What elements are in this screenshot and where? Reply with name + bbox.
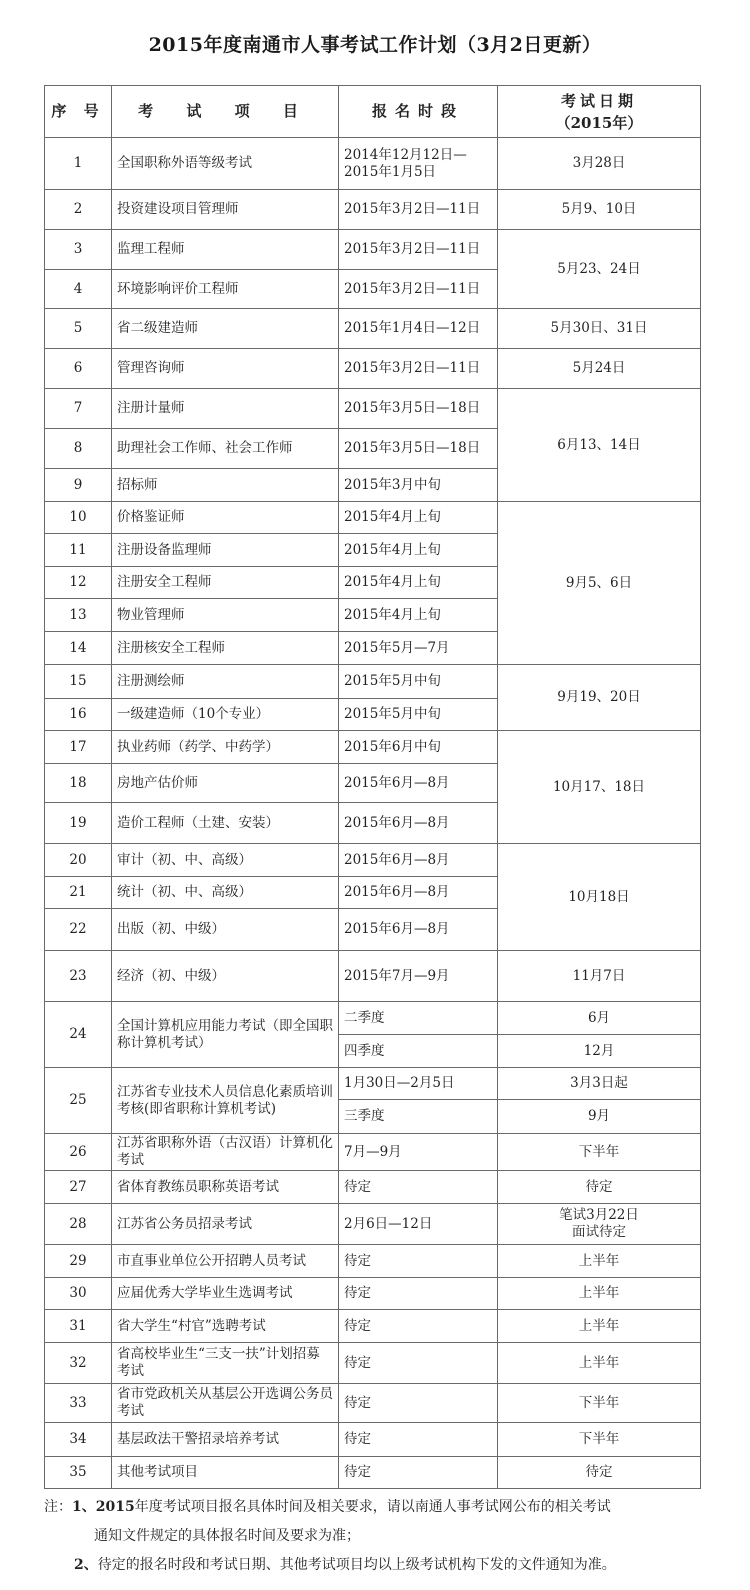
- table-row: 33 省市党政机关从基层公开选调公务员考试 待定 下半年: [45, 1384, 701, 1423]
- row-item: 全国计算机应用能力考试（即全国职称计算机考试）: [112, 1002, 339, 1068]
- row-signup: 待定: [339, 1343, 498, 1384]
- row-signup: 2015年6月—8月: [339, 844, 498, 877]
- table-row: 10 价格鉴证师 2015年4月上旬 9月5、6日: [45, 502, 701, 534]
- row-no: 18: [45, 764, 112, 803]
- row-item: 执业药师（药学、中药学）: [112, 731, 339, 764]
- row-no: 22: [45, 909, 112, 951]
- row-item: 招标师: [112, 469, 339, 502]
- row-date: 11月7日: [498, 951, 701, 1002]
- row-no: 32: [45, 1343, 112, 1384]
- row-signup: 2015年6月—8月: [339, 764, 498, 803]
- row-date: 待定: [498, 1457, 701, 1489]
- table-row: 6 管理咨询师 2015年3月2日—11日 5月24日: [45, 349, 701, 389]
- row-signup: 待定: [339, 1423, 498, 1457]
- row-date-merged: 9月5、6日: [498, 502, 701, 665]
- row-no: 10: [45, 502, 112, 534]
- row-item: 注册核安全工程师: [112, 632, 339, 665]
- row-item: 物业管理师: [112, 599, 339, 632]
- note-1-number: 1、: [72, 1499, 96, 1515]
- row-signup: 待定: [339, 1310, 498, 1343]
- row-signup: 2015年6月中旬: [339, 731, 498, 764]
- row-item: 注册设备监理师: [112, 534, 339, 567]
- row-no: 13: [45, 599, 112, 632]
- row-no: 34: [45, 1423, 112, 1457]
- row-signup: 2015年6月—8月: [339, 877, 498, 909]
- table-row: 23 经济（初、中级） 2015年7月—9月 11月7日: [45, 951, 701, 1002]
- row-date-merged: 10月17、18日: [498, 731, 701, 844]
- row-item: 造价工程师（土建、安装）: [112, 803, 339, 844]
- row-date: 笔试3月22日面试待定: [498, 1204, 701, 1245]
- table-row: 20 审计（初、中、高级） 2015年6月—8月 10月18日: [45, 844, 701, 877]
- row-item: 江苏省职称外语（古汉语）计算机化考试: [112, 1134, 339, 1171]
- row-signup: 待定: [339, 1278, 498, 1310]
- footnotes: 注：1、2015年度考试项目报名具体时间及相关要求，请以南通人事考试网公布的相关…: [44, 1493, 724, 1580]
- row-no: 6: [45, 349, 112, 389]
- note-prefix: 注：: [44, 1499, 72, 1515]
- row-date: 6月: [498, 1002, 701, 1035]
- row-signup: 2014年12月12日—2015年1月5日: [339, 138, 498, 190]
- row-date-line1: 笔试3月22日: [503, 1207, 695, 1224]
- table-row: 34 基层政法干警招录培养考试 待定 下半年: [45, 1423, 701, 1457]
- row-date-merged: 6月13、14日: [498, 389, 701, 502]
- header-signup: 报名时段: [339, 86, 498, 138]
- row-no: 29: [45, 1245, 112, 1278]
- row-no: 4: [45, 270, 112, 309]
- row-item: 环境影响评价工程师: [112, 270, 339, 309]
- row-signup: 2月6日—12日: [339, 1204, 498, 1245]
- row-item: 审计（初、中、高级）: [112, 844, 339, 877]
- row-item: 注册测绘师: [112, 665, 339, 699]
- row-date: 3月3日起: [498, 1068, 701, 1100]
- note-1: 注：1、2015年度考试项目报名具体时间及相关要求，请以南通人事考试网公布的相关…: [44, 1493, 724, 1522]
- table-row: 27 省体育教练员职称英语考试 待定 待定: [45, 1171, 701, 1204]
- row-date: 5月9、10日: [498, 190, 701, 230]
- exam-plan-table: 序 号 考 试 项 目 报名时段 考试日期（2015年） 1 全国职称外语等级考…: [44, 85, 701, 1489]
- row-no: 21: [45, 877, 112, 909]
- header-exam-date-line2: （2015年）: [503, 112, 695, 134]
- row-item: 江苏省公务员招录考试: [112, 1204, 339, 1245]
- row-no: 5: [45, 309, 112, 349]
- row-no: 31: [45, 1310, 112, 1343]
- row-item: 省市党政机关从基层公开选调公务员考试: [112, 1384, 339, 1423]
- table-row: 26 江苏省职称外语（古汉语）计算机化考试 7月—9月 下半年: [45, 1134, 701, 1171]
- row-date: 下半年: [498, 1384, 701, 1423]
- row-date: 12月: [498, 1035, 701, 1068]
- row-signup: 7月—9月: [339, 1134, 498, 1171]
- table-row: 29 市直事业单位公开招聘人员考试 待定 上半年: [45, 1245, 701, 1278]
- table-row: 31 省大学生“村官”选聘考试 待定 上半年: [45, 1310, 701, 1343]
- row-date: 3月28日: [498, 138, 701, 190]
- row-date: 下半年: [498, 1134, 701, 1171]
- row-date-merged: 9月19、20日: [498, 665, 701, 731]
- row-signup: 2015年6月—8月: [339, 909, 498, 951]
- row-no: 25: [45, 1068, 112, 1134]
- row-date: 上半年: [498, 1343, 701, 1384]
- row-item: 价格鉴证师: [112, 502, 339, 534]
- row-date: 上半年: [498, 1310, 701, 1343]
- row-date-line2: 面试待定: [503, 1224, 695, 1241]
- row-signup: 2015年5月中旬: [339, 665, 498, 699]
- table-row: 2 投资建设项目管理师 2015年3月2日—11日 5月9、10日: [45, 190, 701, 230]
- row-signup: 2015年3月中旬: [339, 469, 498, 502]
- table-header-row: 序 号 考 试 项 目 报名时段 考试日期（2015年）: [45, 86, 701, 138]
- row-item: 注册计量师: [112, 389, 339, 429]
- row-item: 注册安全工程师: [112, 567, 339, 599]
- row-date: 5月24日: [498, 349, 701, 389]
- row-item: 统计（初、中、高级）: [112, 877, 339, 909]
- row-signup: 2015年6月—8月: [339, 803, 498, 844]
- table-row: 15 注册测绘师 2015年5月中旬 9月19、20日: [45, 665, 701, 699]
- note-2-number: 2、: [74, 1557, 98, 1573]
- row-signup: 2015年3月2日—11日: [339, 270, 498, 309]
- row-date: 待定: [498, 1171, 701, 1204]
- row-no: 1: [45, 138, 112, 190]
- row-signup: 2015年4月上旬: [339, 599, 498, 632]
- row-date-merged: 10月18日: [498, 844, 701, 951]
- row-no: 15: [45, 665, 112, 699]
- table-row: 5 省二级建造师 2015年1月4日—12日 5月30日、31日: [45, 309, 701, 349]
- row-signup: 2015年4月上旬: [339, 567, 498, 599]
- row-signup: 2015年3月2日—11日: [339, 190, 498, 230]
- row-item: 管理咨询师: [112, 349, 339, 389]
- table-row: 17 执业药师（药学、中药学） 2015年6月中旬 10月17、18日: [45, 731, 701, 764]
- table-row: 1 全国职称外语等级考试 2014年12月12日—2015年1月5日 3月28日: [45, 138, 701, 190]
- row-no: 8: [45, 429, 112, 469]
- header-exam-date: 考试日期（2015年）: [498, 86, 701, 138]
- row-signup: 2015年5月—7月: [339, 632, 498, 665]
- table-row: 32 省高校毕业生“三支一扶”计划招募考试 待定 上半年: [45, 1343, 701, 1384]
- row-signup: 2015年4月上旬: [339, 502, 498, 534]
- row-no: 27: [45, 1171, 112, 1204]
- row-no: 3: [45, 230, 112, 270]
- row-no: 14: [45, 632, 112, 665]
- row-no: 9: [45, 469, 112, 502]
- table-row: 7 注册计量师 2015年3月5日—18日 6月13、14日: [45, 389, 701, 429]
- row-signup: 2015年4月上旬: [339, 534, 498, 567]
- note-2-text: 待定的报名时段和考试日期、其他考试项目均以上级考试机构下发的文件通知为准。: [98, 1557, 616, 1573]
- row-no: 33: [45, 1384, 112, 1423]
- row-no: 20: [45, 844, 112, 877]
- row-no: 2: [45, 190, 112, 230]
- note-2: 2、待定的报名时段和考试日期、其他考试项目均以上级考试机构下发的文件通知为准。: [44, 1551, 724, 1580]
- row-item: 出版（初、中级）: [112, 909, 339, 951]
- row-signup: 2015年5月中旬: [339, 699, 498, 731]
- row-item: 其他考试项目: [112, 1457, 339, 1489]
- row-signup: 待定: [339, 1245, 498, 1278]
- row-item: 应届优秀大学毕业生选调考试: [112, 1278, 339, 1310]
- row-item: 助理社会工作师、社会工作师: [112, 429, 339, 469]
- row-no: 23: [45, 951, 112, 1002]
- row-item: 省大学生“村官”选聘考试: [112, 1310, 339, 1343]
- row-item: 一级建造师（10个专业）: [112, 699, 339, 731]
- table-row: 30 应届优秀大学毕业生选调考试 待定 上半年: [45, 1278, 701, 1310]
- row-item: 监理工程师: [112, 230, 339, 270]
- header-item: 考 试 项 目: [112, 86, 339, 138]
- row-signup: 1月30日—2月5日: [339, 1068, 498, 1100]
- row-signup: 待定: [339, 1171, 498, 1204]
- row-no: 35: [45, 1457, 112, 1489]
- note-1-text: 年度考试项目报名具体时间及相关要求，请以南通人事考试网公布的相关考试: [135, 1499, 611, 1515]
- row-signup: 待定: [339, 1457, 498, 1489]
- row-no: 16: [45, 699, 112, 731]
- row-date-merged: 5月23、24日: [498, 230, 701, 309]
- row-no: 28: [45, 1204, 112, 1245]
- row-no: 11: [45, 534, 112, 567]
- row-no: 19: [45, 803, 112, 844]
- row-date: 下半年: [498, 1423, 701, 1457]
- row-signup: 待定: [339, 1384, 498, 1423]
- row-item: 省体育教练员职称英语考试: [112, 1171, 339, 1204]
- table-row: 28 江苏省公务员招录考试 2月6日—12日 笔试3月22日面试待定: [45, 1204, 701, 1245]
- table-row: 3 监理工程师 2015年3月2日—11日 5月23、24日: [45, 230, 701, 270]
- row-no: 30: [45, 1278, 112, 1310]
- row-item: 房地产估价师: [112, 764, 339, 803]
- row-no: 7: [45, 389, 112, 429]
- row-item: 投资建设项目管理师: [112, 190, 339, 230]
- row-item: 经济（初、中级）: [112, 951, 339, 1002]
- row-signup: 2015年3月5日—18日: [339, 389, 498, 429]
- page-title: 2015年度南通市人事考试工作计划（3月2日更新）: [0, 30, 750, 57]
- table-row: 25 江苏省专业技术人员信息化素质培训考核(即省职称计算机考试) 1月30日—2…: [45, 1068, 701, 1100]
- row-no: 12: [45, 567, 112, 599]
- row-signup: 2015年1月4日—12日: [339, 309, 498, 349]
- row-signup: 2015年3月2日—11日: [339, 349, 498, 389]
- table-row: 35 其他考试项目 待定 待定: [45, 1457, 701, 1489]
- row-signup: 三季度: [339, 1100, 498, 1134]
- header-seq: 序 号: [45, 86, 112, 138]
- row-date: 上半年: [498, 1245, 701, 1278]
- row-item: 省高校毕业生“三支一扶”计划招募考试: [112, 1343, 339, 1384]
- row-no: 26: [45, 1134, 112, 1171]
- row-signup: 2015年3月2日—11日: [339, 230, 498, 270]
- row-date: 5月30日、31日: [498, 309, 701, 349]
- table-row: 24 全国计算机应用能力考试（即全国职称计算机考试） 二季度 6月: [45, 1002, 701, 1035]
- row-signup: 二季度: [339, 1002, 498, 1035]
- row-item: 市直事业单位公开招聘人员考试: [112, 1245, 339, 1278]
- row-no: 24: [45, 1002, 112, 1068]
- row-item: 江苏省专业技术人员信息化素质培训考核(即省职称计算机考试): [112, 1068, 339, 1134]
- row-signup: 2015年3月5日—18日: [339, 429, 498, 469]
- row-date: 9月: [498, 1100, 701, 1134]
- row-item: 基层政法干警招录培养考试: [112, 1423, 339, 1457]
- note-1-year: 2015: [96, 1499, 135, 1515]
- row-no: 17: [45, 731, 112, 764]
- row-signup: 2015年7月—9月: [339, 951, 498, 1002]
- row-signup: 四季度: [339, 1035, 498, 1068]
- header-exam-date-line1: 考试日期: [503, 90, 695, 112]
- note-1-continued: 通知文件规定的具体报名时间及要求为准；: [44, 1522, 724, 1551]
- row-date: 上半年: [498, 1278, 701, 1310]
- row-item: 全国职称外语等级考试: [112, 138, 339, 190]
- row-item: 省二级建造师: [112, 309, 339, 349]
